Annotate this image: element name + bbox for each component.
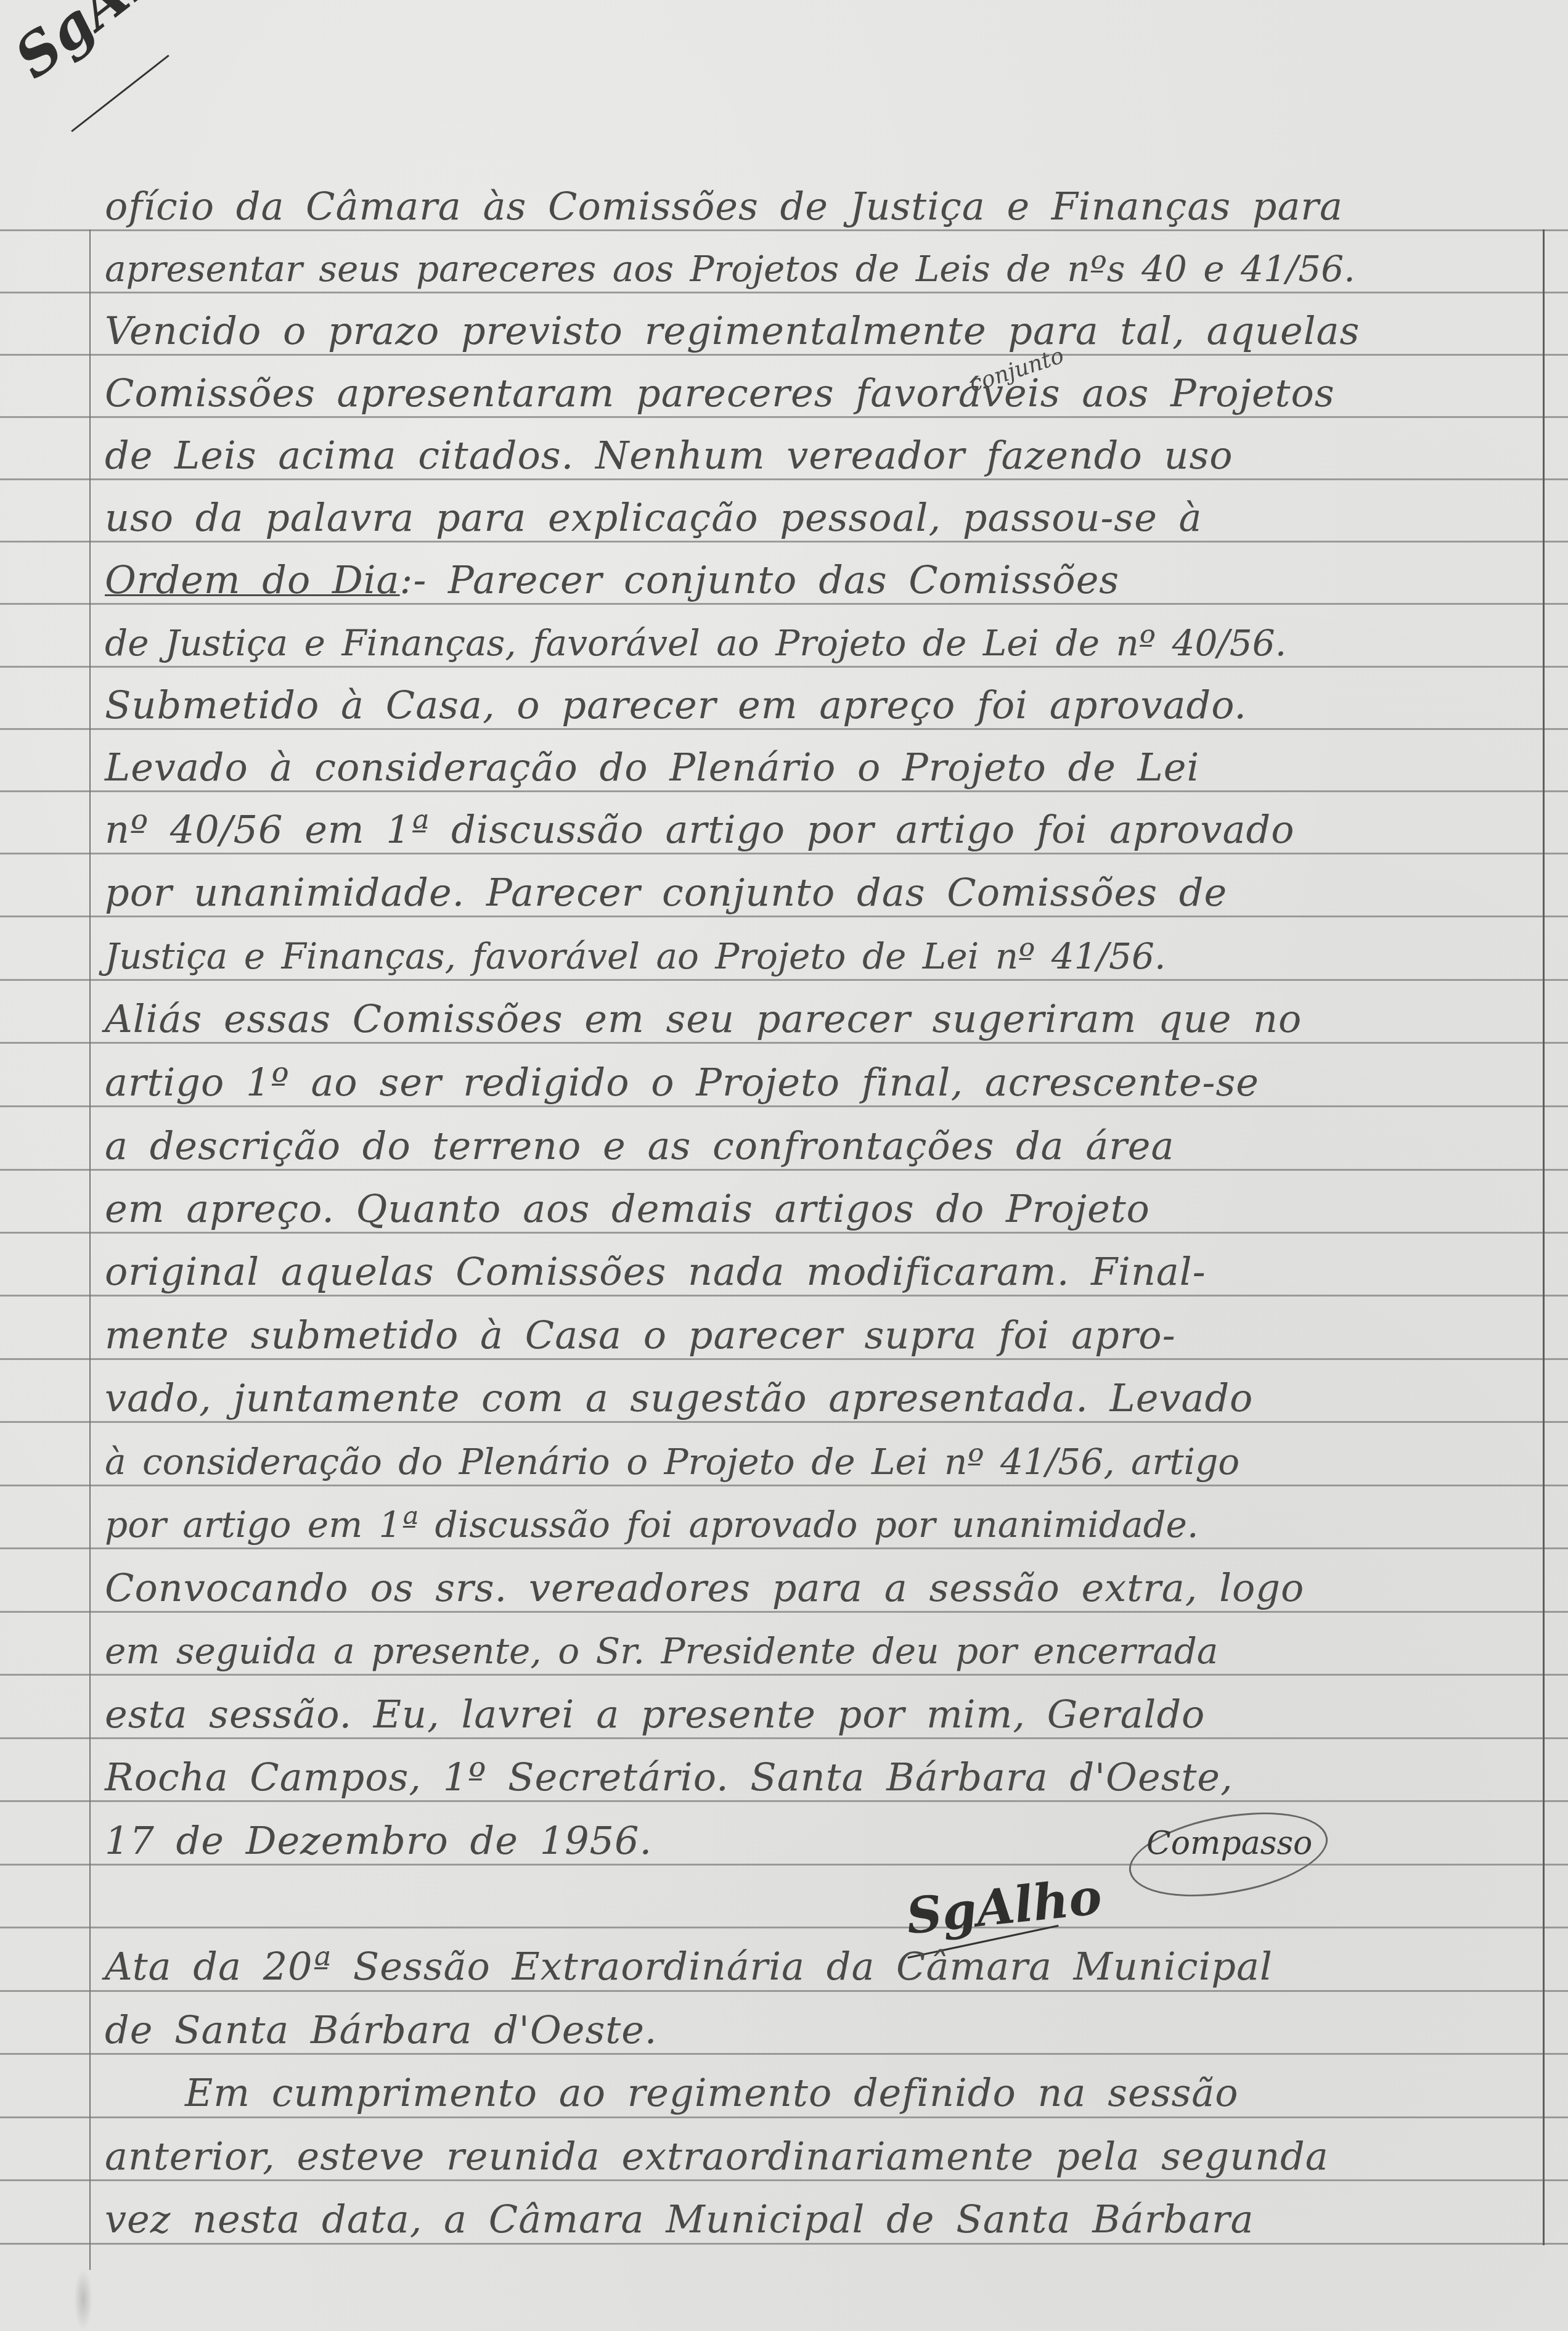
text-line-26: Rocha Campos, 1º Secretário. Santa Bárba… (105, 1753, 1529, 1802)
text-line-18: original aquelas Comissões nada modifica… (105, 1247, 1529, 1297)
ruled-line (0, 1927, 1568, 1928)
text-line-7-ordem-do-dia: Ordem do Dia:- Parecer conjunto das Comi… (105, 555, 1529, 605)
text-line-9: Submetido à Casa, o parecer em apreço fo… (105, 681, 1529, 730)
rubric-signature-top: SgAlho (2, 0, 221, 91)
text-line-2: apresentar seus pareceres aos Projetos d… (105, 244, 1529, 293)
rubric-signature-middle: SgAlho (904, 1867, 1105, 1946)
text-line-10: Levado à consideração do Plenário o Proj… (105, 743, 1529, 792)
text-line-4: Comissões apresentaram pareceres favoráv… (105, 369, 1529, 418)
signature-flourish (71, 55, 169, 132)
text-line-5: de Leis acima citados. Nenhum vereador f… (105, 431, 1529, 480)
text-line-15: artigo 1º ao ser redigido o Projeto fina… (105, 1058, 1529, 1107)
text-line-3: Vencido o prazo previsto regimentalmente… (105, 306, 1529, 356)
text-line-22: por artigo em 1ª discussão foi aprovado … (105, 1500, 1529, 1549)
president-signature: Compasso (1146, 1825, 1312, 1862)
text-line-14: Aliás essas Comissões em seu parecer sug… (105, 994, 1529, 1044)
text-line-30: Em cumprimento ao regimento definido na … (185, 2068, 1568, 2118)
text-line-25: esta sessão. Eu, lavrei a presente por m… (105, 1690, 1529, 1739)
text-line-21: à consideração do Plenário o Projeto de … (105, 1437, 1529, 1486)
document-page: SgAlho conjunto ofício da Câmara às Comi… (0, 0, 1568, 2331)
text-line-31: anterior, esteve reunida extraordinariam… (105, 2132, 1529, 2181)
text-line-11: nº 40/56 em 1ª discussão artigo por arti… (105, 805, 1529, 854)
left-margin-line (89, 229, 91, 2270)
ordem-do-dia-heading: Ordem do Dia (105, 557, 400, 602)
text-line-16: a descrição do terreno e as confrontaçõe… (105, 1121, 1529, 1171)
text-line-13: Justiça e Finanças, favorável ao Projeto… (105, 932, 1529, 981)
text-line-8: de Justiça e Finanças, favorável ao Proj… (105, 618, 1529, 668)
right-margin-line (1543, 229, 1545, 2245)
ata-heading-line-2: de Santa Bárbara d'Oeste. (105, 2005, 1529, 2055)
text-line-6: uso da palavra para explicação pessoal, … (105, 493, 1529, 543)
ata-heading-line-1: Ata da 20ª Sessão Extraordinária da Câma… (105, 1942, 1529, 1991)
text-line-1: ofício da Câmara às Comissões de Justiça… (105, 182, 1529, 231)
text-line-23: Convocando os srs. vereadores para a ses… (105, 1563, 1529, 1613)
text-line-20: vado, juntamente com a sugestão apresent… (105, 1374, 1529, 1423)
text-line-12: por unanimidade. Parecer conjunto das Co… (105, 868, 1529, 917)
text-line-32: vez nesta data, a Câmara Municipal de Sa… (105, 2195, 1529, 2244)
paper-smudge (74, 2269, 92, 2330)
text-line-17: em apreço. Quanto aos demais artigos do … (105, 1184, 1529, 1234)
text-line-24: em seguida a presente, o Sr. Presidente … (105, 1626, 1529, 1676)
text-line-19: mente submetido à Casa o parecer supra f… (105, 1311, 1529, 1360)
